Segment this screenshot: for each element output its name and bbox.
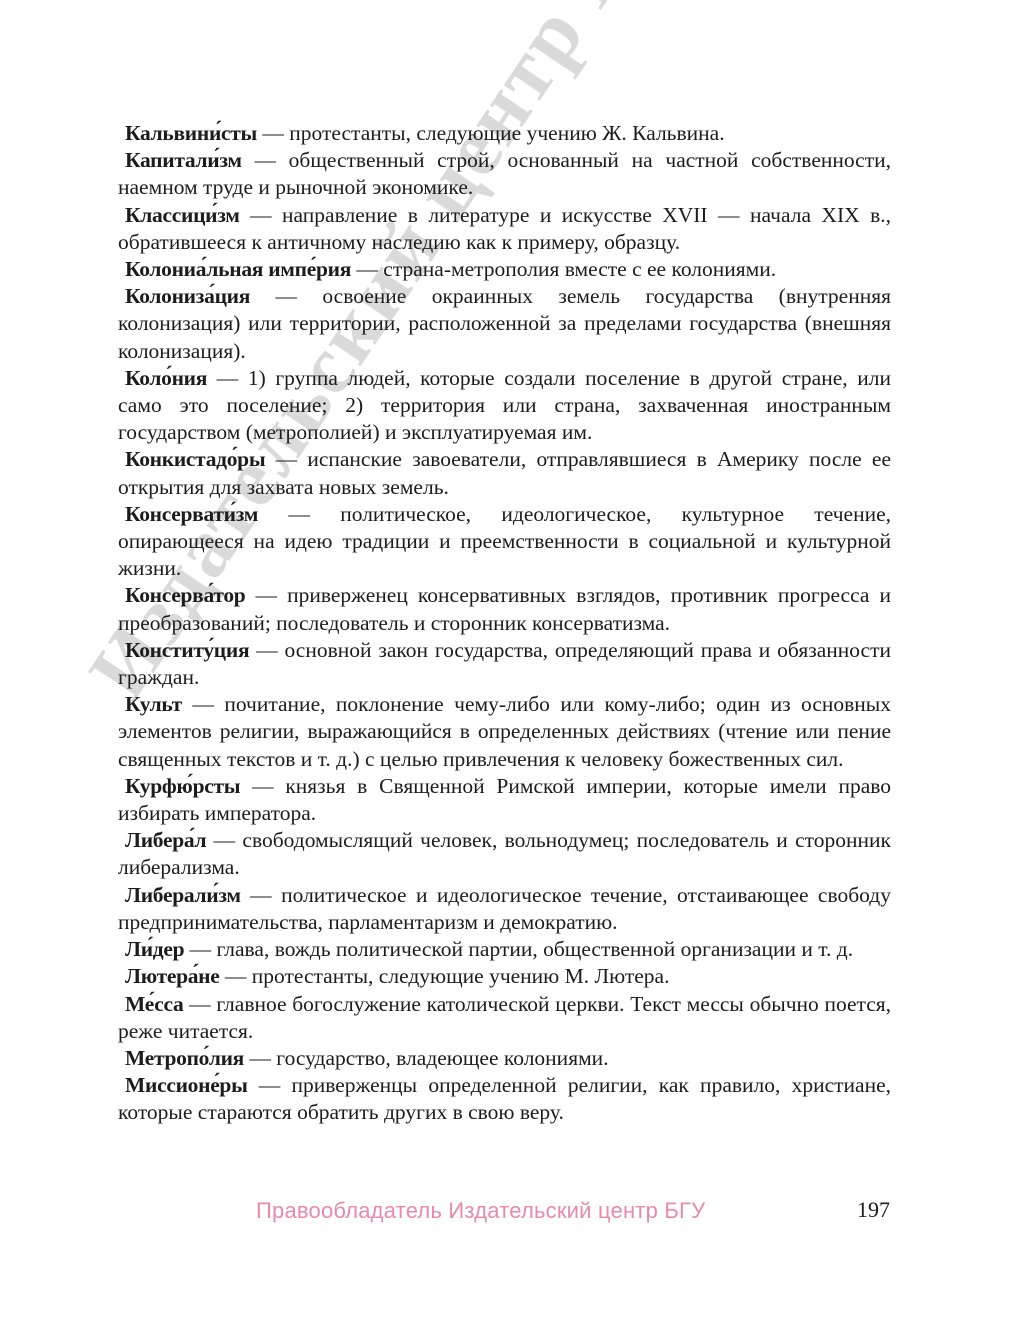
entry-term: Конститу́ция: [125, 638, 249, 662]
entry-definition: — государство, владеющее колониями.: [244, 1046, 609, 1070]
entry-term: Кальвини́сты: [125, 121, 257, 145]
entry-term: Ли́дер: [125, 937, 184, 961]
entry-term: Культ: [125, 692, 182, 716]
entry-term: Лютера́не: [125, 964, 220, 988]
entry-definition: — главное богослужение католической церк…: [118, 992, 891, 1043]
glossary-entry: Конкистадо́ры — испанские завоеватели, о…: [118, 446, 891, 500]
entry-term: Либера́л: [125, 828, 206, 852]
entry-term: Коло́ния: [125, 366, 207, 390]
entry-term: Капитали́зм: [125, 148, 242, 172]
entry-term: Метропо́лия: [125, 1046, 244, 1070]
entry-term: Конкистадо́ры: [125, 447, 265, 471]
copyright-owner-footer: Правообладатель Издательский центр БГУ: [256, 1198, 705, 1224]
glossary-entry: Консервати́зм — политическое, идеологиче…: [118, 501, 891, 583]
entry-term: Классици́зм: [125, 203, 240, 227]
page-number: 197: [857, 1197, 890, 1223]
glossary-entry: Консерва́тор — приверженец консервативны…: [118, 582, 891, 636]
entry-definition: — страна-метрополия вместе с ее колониям…: [351, 257, 776, 281]
glossary-entry: Метропо́лия — государство, владеющее кол…: [118, 1045, 891, 1072]
entry-definition: — 1) группа людей, которые создали посел…: [118, 366, 891, 444]
entry-term: Миссионе́ры: [125, 1073, 248, 1097]
glossary-entry: Капитали́зм — общественный строй, основа…: [118, 147, 891, 201]
glossary-entry: Классици́зм — направление в литературе и…: [118, 202, 891, 256]
glossary-entry: Колониа́льная импе́рия — страна-метропол…: [118, 256, 891, 283]
entry-definition: — глава, вождь политической партии, обще…: [184, 937, 853, 961]
glossary-entry: Ме́сса — главное богослужение католическ…: [118, 991, 891, 1045]
glossary-entry: Либерали́зм — политическое и идеологичес…: [118, 882, 891, 936]
entry-definition: — свободомыслящий человек, вольнодумец; …: [118, 828, 891, 879]
entry-term: Колониа́льная импе́рия: [125, 257, 351, 281]
glossary-entry: Миссионе́ры — приверженцы определенной р…: [118, 1072, 891, 1126]
entry-definition: — почитание, поклонение чему-либо или ко…: [118, 692, 891, 770]
entry-definition: — протестанты, следующие учению М. Лютер…: [220, 964, 670, 988]
glossary-entry: Колониза́ция — освоение окраинных земель…: [118, 283, 891, 365]
entry-term: Курфю́рсты: [125, 774, 240, 798]
glossary-entry: Либера́л — свободомыслящий человек, воль…: [118, 827, 891, 881]
glossary-page: Кальвини́сты — протестанты, следующие уч…: [118, 120, 891, 1127]
glossary-entry: Курфю́рсты — князья в Священной Римской …: [118, 773, 891, 827]
glossary-entry: Лютера́не — протестанты, следующие учени…: [118, 963, 891, 990]
glossary-entry: Кальвини́сты — протестанты, следующие уч…: [118, 120, 891, 147]
entry-definition: — протестанты, следующие учению Ж. Кальв…: [257, 121, 725, 145]
entry-term: Либерали́зм: [125, 883, 241, 907]
glossary-entry: Культ — почитание, поклонение чему-либо …: [118, 691, 891, 773]
glossary-entry: Конститу́ция — основной закон государств…: [118, 637, 891, 691]
entry-term: Ме́сса: [125, 992, 183, 1016]
entry-term: Консервати́зм: [125, 502, 258, 526]
entry-term: Колониза́ция: [125, 284, 250, 308]
entry-term: Консерва́тор: [125, 583, 245, 607]
glossary-entry: Коло́ния — 1) группа людей, которые созд…: [118, 365, 891, 447]
glossary-entry: Ли́дер — глава, вождь политической парти…: [118, 936, 891, 963]
